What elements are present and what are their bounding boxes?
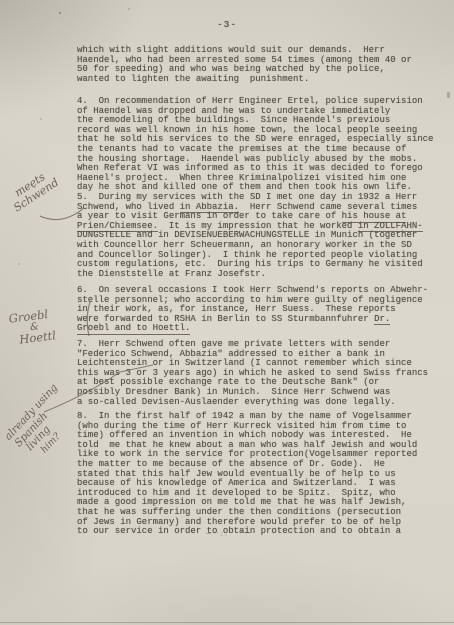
pencil-underline: Dr. — [374, 314, 390, 326]
ink-speck — [128, 8, 130, 10]
marginalia-spanish-note: already using Spanish living him? — [3, 382, 86, 466]
marginalia-groebl-hoettl: Groebl & Hoettl — [8, 308, 56, 346]
para-7: 7. Herr Schwend often gave me private le… — [77, 340, 428, 407]
marginalia-line: Hoettl — [19, 330, 57, 345]
pencil-underline: Groebl and to Hoettl. — [77, 323, 190, 335]
ink-speck — [447, 92, 450, 98]
ink-speck — [18, 263, 20, 265]
marginalia-meets-schwend: meets Schwend — [13, 167, 61, 210]
para-6: 6. On several occasions I took Herr Schw… — [77, 286, 428, 334]
ink-speck — [59, 12, 61, 14]
scanned-page: -3- which with slight additions would su… — [0, 0, 454, 625]
ink-speck — [40, 118, 42, 120]
pencil-smudge: ~··;.· ·—· — [205, 527, 257, 538]
page-number: -3- — [0, 20, 454, 30]
para-8: 8. In the first half of 1942 a man by th… — [77, 412, 417, 537]
text-line: the Dienststelle at Franz Josefstr. — [77, 270, 423, 280]
text-line: wanted to lighten the awaiting punishmen… — [77, 75, 412, 85]
text-line: Groebl and to Hoettl. — [77, 324, 428, 334]
text-line: a so-called Devisen-Auslaender everythin… — [77, 398, 428, 408]
para-5: 5. During my services with the SD I met … — [77, 193, 423, 279]
ink-speck — [33, 186, 36, 188]
para-4: 4. On recommendation of Herr Engineer Er… — [77, 97, 433, 193]
para-3-continuation: which with slight additions would suit o… — [77, 46, 412, 84]
